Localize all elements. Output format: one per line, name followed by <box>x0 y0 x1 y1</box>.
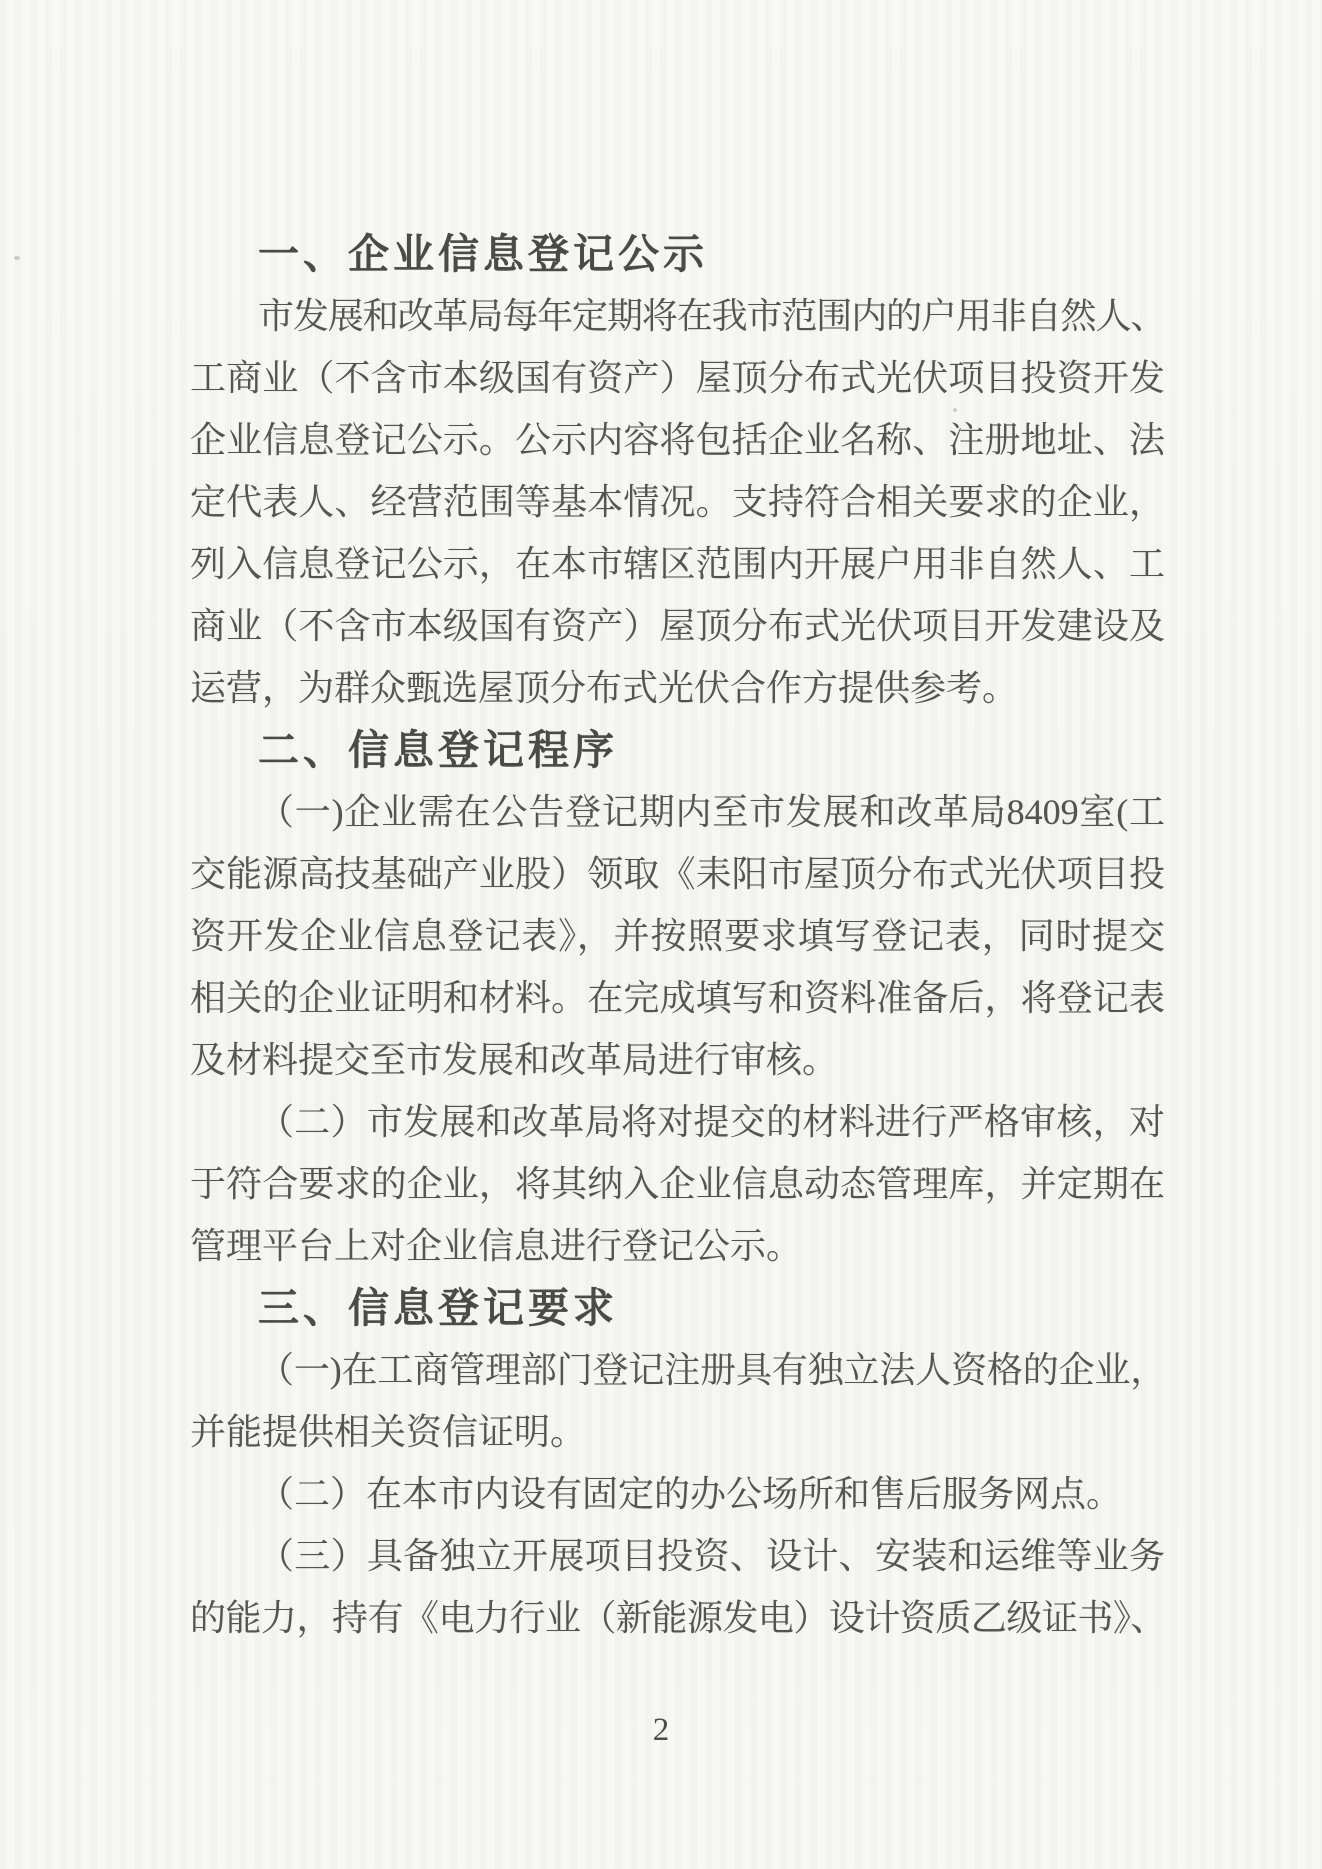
text-line: 于符合要求的企业，将其纳入企业信息动态管理库，并定期在 <box>190 1153 1165 1215</box>
text-line: 及材料提交至市发展和改革局进行审核。 <box>190 1029 1165 1091</box>
text-line: （三）具备独立开展项目投资、设计、安装和运维等业务 <box>190 1525 1165 1587</box>
text-line: 定代表人、经营范围等基本情况。支持符合相关要求的企业， <box>190 471 1165 533</box>
text-line: 企业信息登记公示。公示内容将包括企业名称、注册地址、法 <box>190 409 1165 471</box>
text-line: 商业（不含市本级国有资产）屋顶分布式光伏项目开发建设及 <box>190 595 1165 657</box>
section-2-heading: 二、信息登记程序 <box>190 719 1165 781</box>
text-line: 资开发企业信息登记表》，并按照要求填写登记表，同时提交 <box>190 905 1165 967</box>
document-body: 一、企业信息登记公示 市发展和改革局每年定期将在我市范围内的户用非自然人、 工商… <box>190 223 1165 1649</box>
section-1-heading: 一、企业信息登记公示 <box>190 223 1165 285</box>
text-line: 相关的企业证明和材料。在完成填写和资料准备后，将登记表 <box>190 967 1165 1029</box>
text-line: 并能提供相关资信证明。 <box>190 1401 1165 1463</box>
section-3-heading: 三、信息登记要求 <box>190 1277 1165 1339</box>
text-line: 管理平台上对企业信息进行登记公示。 <box>190 1215 1165 1277</box>
text-line: 运营，为群众甄选屋顶分布式光伏合作方提供参考。 <box>190 657 1165 719</box>
text-line: 列入信息登记公示，在本市辖区范围内开展户用非自然人、工 <box>190 533 1165 595</box>
text-line: 市发展和改革局每年定期将在我市范围内的户用非自然人、 <box>190 285 1165 347</box>
page-number: 2 <box>0 1702 1322 1758</box>
scan-artifact <box>14 256 20 260</box>
text-line: （二）市发展和改革局将对提交的材料进行严格审核，对 <box>190 1091 1165 1153</box>
text-line: 交能源高技基础产业股）领取《耒阳市屋顶分布式光伏项目投 <box>190 843 1165 905</box>
text-line: 工商业（不含市本级国有资产）屋顶分布式光伏项目投资开发 <box>190 347 1165 409</box>
text-line: （一)企业需在公告登记期内至市发展和改革局8409室(工 <box>190 781 1165 843</box>
text-line: （一)在工商管理部门登记注册具有独立法人资格的企业， <box>190 1339 1165 1401</box>
scanned-document-page: 一、企业信息登记公示 市发展和改革局每年定期将在我市范围内的户用非自然人、 工商… <box>0 0 1322 1869</box>
text-line: 的能力，持有《电力行业（新能源发电）设计资质乙级证书》、 <box>190 1587 1165 1649</box>
text-line: （二）在本市内设有固定的办公场所和售后服务网点。 <box>190 1463 1165 1525</box>
